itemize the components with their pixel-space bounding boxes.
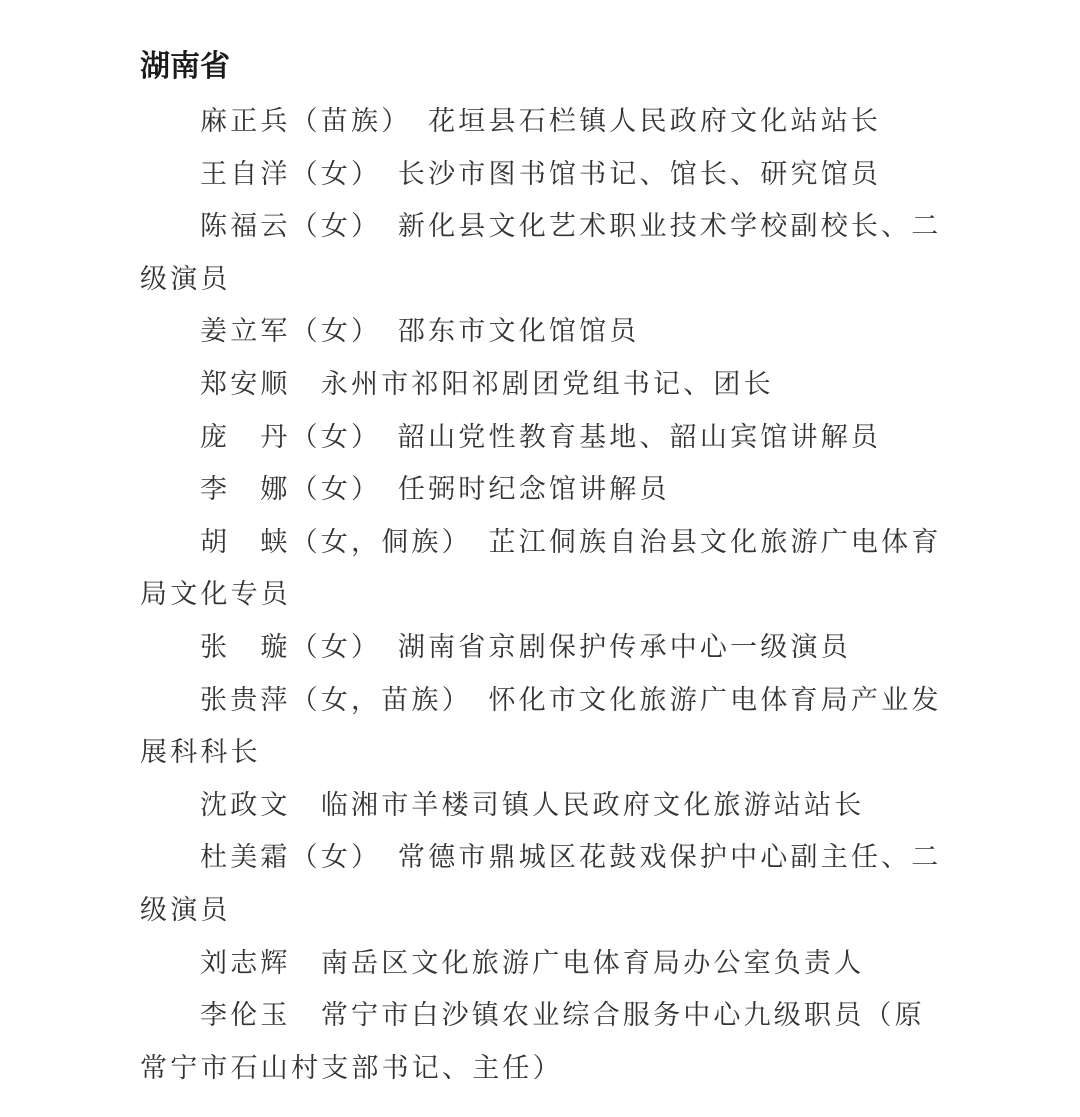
list-item: 沈政文 临湘市羊楼司镇人民政府文化旅游站站长 <box>140 780 950 833</box>
separator <box>398 106 428 137</box>
list-item: 张 璇（女） 湖南省京剧保护传承中心一级演员 <box>140 622 950 675</box>
separator <box>368 159 398 190</box>
list-item: 王自洋（女） 长沙市图书馆书记、馆长、研究馆员 <box>140 149 950 202</box>
person-position: 南岳区文化旅游广电体育局办公室负责人 <box>321 948 865 979</box>
list-item: 麻正兵（苗族） 花垣县石栏镇人民政府文化站站长 <box>140 96 950 149</box>
person-name: 沈政文 <box>200 790 291 821</box>
person-position: 长沙市图书馆书记、馆长、研究馆员 <box>398 159 881 190</box>
person-name: 庞 丹（女） <box>200 422 368 453</box>
person-position: 韶山党性教育基地、韶山宾馆讲解员 <box>398 422 881 453</box>
separator <box>368 316 398 347</box>
separator <box>368 422 398 453</box>
list-item: 杜美霜（女） 常德市鼎城区花鼓戏保护中心副主任、二级演员 <box>140 832 950 937</box>
person-position: 临湘市羊楼司镇人民政府文化旅游站站长 <box>321 790 865 821</box>
person-name: 麻正兵（苗族） <box>200 106 398 137</box>
document-body: 湖南省 麻正兵（苗族） 花垣县石栏镇人民政府文化站站长 王自洋（女） 长沙市图书… <box>140 44 950 1095</box>
separator <box>368 632 398 663</box>
person-name: 李 娜（女） <box>200 474 368 505</box>
person-position: 邵东市文化馆馆员 <box>398 316 640 347</box>
province-heading: 湖南省 <box>140 44 950 90</box>
person-name: 姜立军（女） <box>200 316 368 347</box>
person-name: 胡 蛱（女，侗族） <box>200 527 458 558</box>
list-item: 刘志辉 南岳区文化旅游广电体育局办公室负责人 <box>140 938 950 991</box>
person-position: 湖南省京剧保护传承中心一级演员 <box>398 632 851 663</box>
person-position: 花垣县石栏镇人民政府文化站站长 <box>428 106 881 137</box>
list-item: 胡 蛱（女，侗族） 芷江侗族自治县文化旅游广电体育局文化专员 <box>140 517 950 622</box>
list-item: 李伦玉 常宁市白沙镇农业综合服务中心九级职员（原常宁市石山村支部书记、主任） <box>140 990 950 1095</box>
person-position: 任弼时纪念馆讲解员 <box>398 474 670 505</box>
separator <box>291 369 321 400</box>
separator <box>368 842 398 873</box>
person-name: 刘志辉 <box>200 948 291 979</box>
person-position: 永州市祁阳祁剧团党组书记、团长 <box>321 369 774 400</box>
list-item: 张贵萍（女，苗族） 怀化市文化旅游广电体育局产业发展科科长 <box>140 675 950 780</box>
separator <box>291 948 321 979</box>
separator <box>291 1000 321 1031</box>
separator <box>368 211 398 242</box>
list-item: 姜立军（女） 邵东市文化馆馆员 <box>140 306 950 359</box>
separator <box>458 527 488 558</box>
person-name: 杜美霜（女） <box>200 842 368 873</box>
list-item: 郑安顺 永州市祁阳祁剧团党组书记、团长 <box>140 359 950 412</box>
list-item: 庞 丹（女） 韶山党性教育基地、韶山宾馆讲解员 <box>140 412 950 465</box>
person-name: 郑安顺 <box>200 369 291 400</box>
separator <box>291 790 321 821</box>
person-name: 李伦玉 <box>200 1000 291 1031</box>
separator <box>458 685 488 716</box>
person-name: 张 璇（女） <box>200 632 368 663</box>
person-name: 陈福云（女） <box>200 211 368 242</box>
list-item: 李 娜（女） 任弼时纪念馆讲解员 <box>140 464 950 517</box>
person-name: 王自洋（女） <box>200 159 368 190</box>
person-name: 张贵萍（女，苗族） <box>200 685 458 716</box>
separator <box>368 474 398 505</box>
list-item: 陈福云（女） 新化县文化艺术职业技术学校副校长、二级演员 <box>140 201 950 306</box>
